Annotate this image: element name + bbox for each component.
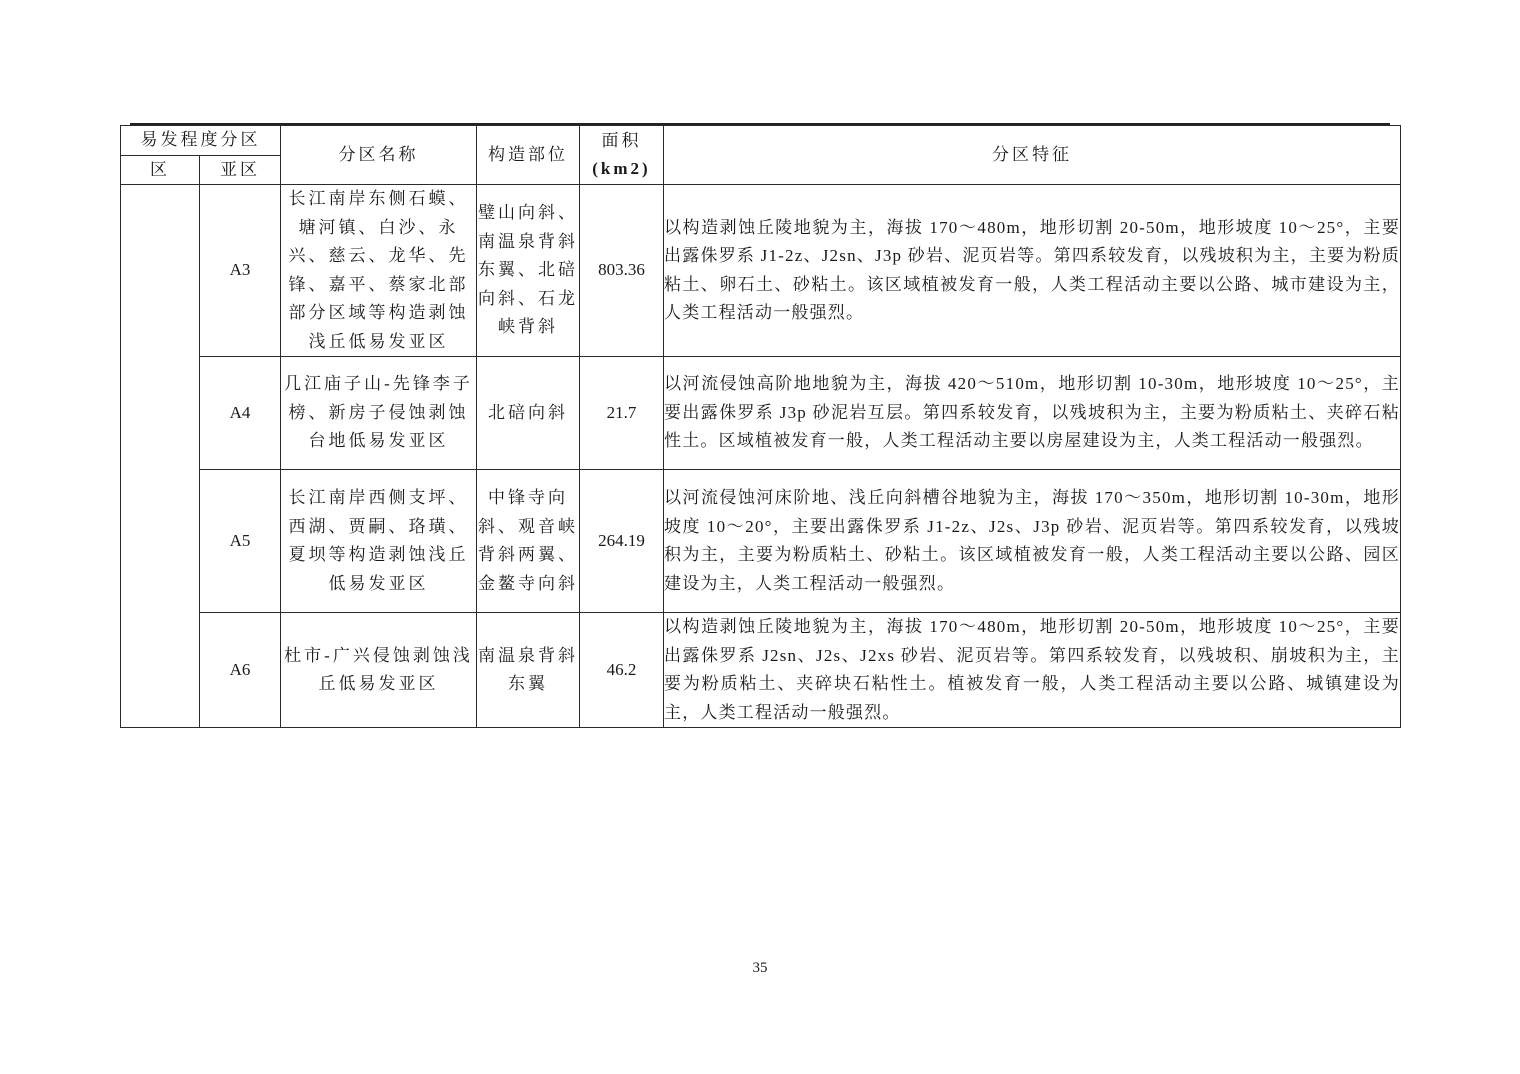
header-features: 分区特征 [664,126,1401,185]
header-area: 面积 (km2) [580,126,664,185]
zone-name-cell: 长江南岸东侧石蟆、塘河镇、白沙、永兴、慈云、龙华、先锋、嘉平、蔡家北部部分区域等… [281,185,477,357]
table-row: A5 长江南岸西侧支坪、西湖、贾嗣、珞璜、夏坝等构造剥蚀浅丘低易发亚区 中锋寺向… [121,470,1401,613]
subzone-cell: A6 [200,613,281,728]
zone-cell [121,185,200,728]
table-row: A4 几江庙子山-先锋李子榜、新房子侵蚀剥蚀台地低易发亚区 北碚向斜 21.7 … [121,357,1401,470]
header-susceptibility-group: 易发程度分区 [121,126,281,156]
structure-cell: 中锋寺向斜、观音峡背斜两翼、金鳌寺向斜 [477,470,580,613]
subzone-cell: A5 [200,470,281,613]
header-area-unit: (km2) [580,155,663,184]
structure-cell: 北碚向斜 [477,357,580,470]
table-row: A6 杜市-广兴侵蚀剥蚀浅丘低易发亚区 南温泉背斜东翼 46.2 以构造剥蚀丘陵… [121,613,1401,728]
subzone-cell: A4 [200,357,281,470]
features-cell: 以构造剥蚀丘陵地貌为主，海拔 170～480m，地形切割 20-50m，地形坡度… [664,613,1401,728]
header-structure: 构造部位 [477,126,580,185]
structure-cell: 南温泉背斜东翼 [477,613,580,728]
area-cell: 803.36 [580,185,664,357]
area-cell: 264.19 [580,470,664,613]
header-area-label: 面积 [580,127,663,156]
header-zone: 区 [121,155,200,185]
features-cell: 以构造剥蚀丘陵地貌为主，海拔 170～480m，地形切割 20-50m，地形坡度… [664,185,1401,357]
area-cell: 21.7 [580,357,664,470]
zoning-table: 易发程度分区 分区名称 构造部位 面积 (km2) 分区特征 区 亚区 A3 长… [120,125,1401,728]
features-cell: 以河流侵蚀高阶地地貌为主，海拔 420～510m，地形切割 10-30m，地形坡… [664,357,1401,470]
features-cell: 以河流侵蚀河床阶地、浅丘向斜槽谷地貌为主，海拔 170～350m，地形切割 10… [664,470,1401,613]
table-row: A3 长江南岸东侧石蟆、塘河镇、白沙、永兴、慈云、龙华、先锋、嘉平、蔡家北部部分… [121,185,1401,357]
subzone-cell: A3 [200,185,281,357]
zone-name-cell: 几江庙子山-先锋李子榜、新房子侵蚀剥蚀台地低易发亚区 [281,357,477,470]
header-subzone: 亚区 [200,155,281,185]
header-zone-name: 分区名称 [281,126,477,185]
area-cell: 46.2 [580,613,664,728]
zone-name-cell: 杜市-广兴侵蚀剥蚀浅丘低易发亚区 [281,613,477,728]
structure-cell: 璧山向斜、南温泉背斜东翼、北碚向斜、石龙峡背斜 [477,185,580,357]
zone-name-cell: 长江南岸西侧支坪、西湖、贾嗣、珞璜、夏坝等构造剥蚀浅丘低易发亚区 [281,470,477,613]
page-number: 35 [0,960,1520,977]
